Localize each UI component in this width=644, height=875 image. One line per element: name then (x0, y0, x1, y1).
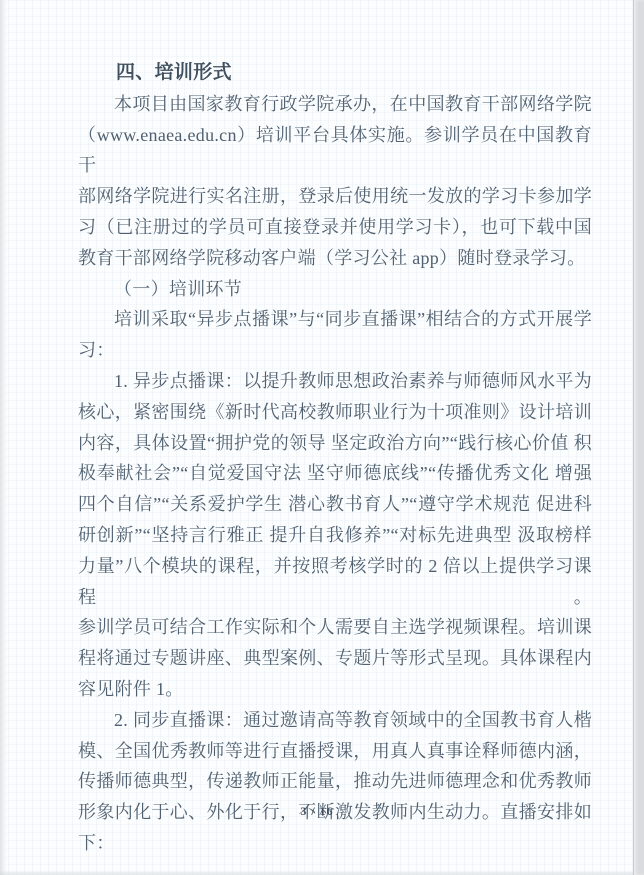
body-line: 程将通过专题讲座、典型案例、专题片等形式呈现。具体课程内 (78, 643, 592, 674)
body-line: 四个自信”“关系爱护学生 潜心教书育人”“遵守学术规范 促进科 (78, 489, 592, 520)
scan-edge-bottom (0, 870, 634, 875)
body-line: 内容，具体设置“拥护党的领导 坚定政治方向”“践行核心价值 积 (78, 428, 592, 459)
document-page: 四、培训形式 本项目由国家教育行政学院承办，在中国教育干部网络学院 （www.e… (0, 0, 644, 875)
body-line: 力量”八个模块的课程，并按照考核学时的 2 倍以上提供学习课程。 (78, 551, 592, 613)
body-line: 本项目由国家教育行政学院承办，在中国教育干部网络学院 (78, 89, 592, 120)
body-line: 极奉献社会”“自觉爱国守法 坚守师德底线”“传播优秀文化 增强 (78, 458, 592, 489)
body-line: 下： (78, 828, 592, 859)
body-line: 培训采取“异步点播课”与“同步直播课”相结合的方式开展学 (78, 304, 592, 335)
section-heading: 四、培训形式 (78, 58, 592, 89)
document-body: 四、培训形式 本项目由国家教育行政学院承办，在中国教育干部网络学院 （www.e… (78, 58, 592, 859)
body-line: 核心，紧密围绕《新时代高校教师职业行为十项准则》设计培训 (78, 397, 592, 428)
body-line: 容见附件 1。 (78, 674, 592, 705)
scan-edge-left (0, 0, 7, 875)
body-line: （www.enaea.edu.cn）培训平台具体实施。参训学员在中国教育干 (78, 120, 592, 182)
body-line: 教育干部网络学院移动客户端（学习公社 app）随时登录学习。 (78, 243, 592, 274)
body-line: 参训学员可结合工作实际和个人需要自主选学视频课程。培训课 (78, 612, 592, 643)
body-line: 研创新”“坚持言行雅正 提升自我修养”“对标先进典型 汲取榜样 (78, 520, 592, 551)
body-line: 部网络学院进行实名注册，登录后使用统一发放的学习卡参加学 (78, 181, 592, 212)
body-line: 习： (78, 335, 592, 366)
page-number: 3 / 16 (0, 804, 634, 819)
body-line: 1. 异步点播课：以提升教师思想政治素养与师德师风水平为 (78, 366, 592, 397)
scan-edge-right (633, 0, 644, 875)
body-line: 传播师德典型，传递教师正能量，推动先进师德理念和优秀教师 (78, 766, 592, 797)
body-line: 模、全国优秀教师等进行直播授课，用真人真事诠释师德内涵， (78, 736, 592, 767)
body-line: 习（已注册过的学员可直接登录并使用学习卡），也可下载中国 (78, 212, 592, 243)
body-line: 2. 同步直播课：通过邀请高等教育领域中的全国教书育人楷 (78, 705, 592, 736)
subsection-heading: （一）培训环节 (78, 274, 592, 305)
